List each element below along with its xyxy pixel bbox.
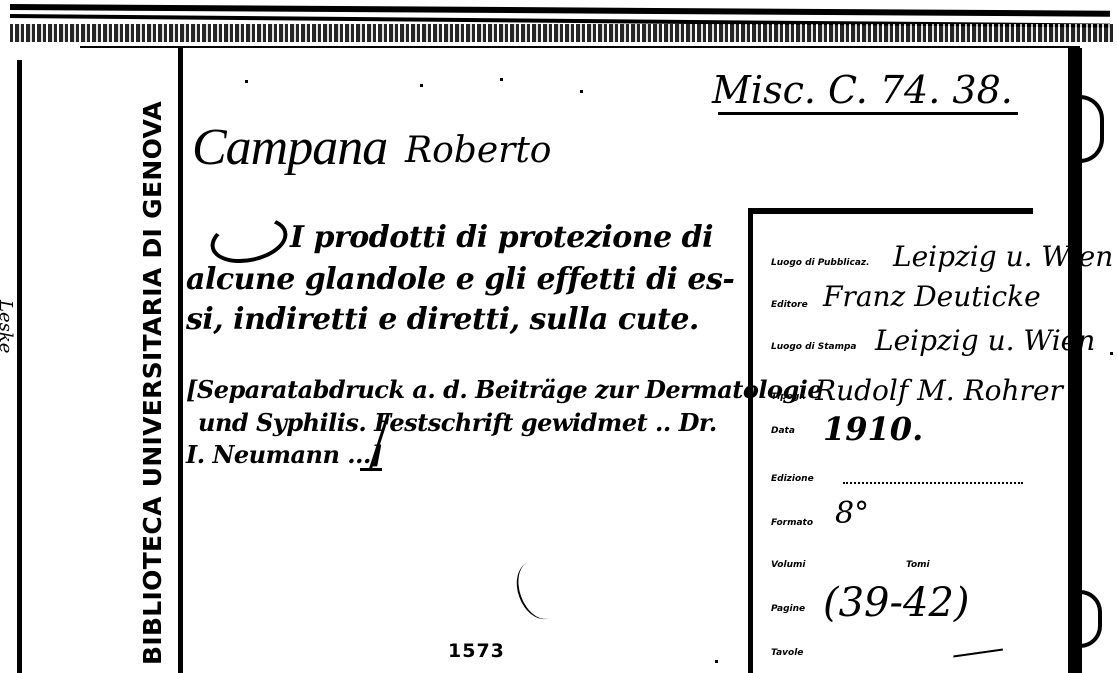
field-value-luogo-stampa: Leipzig u. Wien xyxy=(875,324,1095,357)
field-label-edizione: Edizione xyxy=(771,474,814,484)
field-label-formato: Formato xyxy=(771,518,813,528)
field-value-formato: 8° xyxy=(835,496,869,531)
scan-speck xyxy=(500,78,503,81)
field-value-data: 1910. xyxy=(823,410,923,448)
field-label-tipografia: Tipogr. xyxy=(771,392,806,402)
note-line: [Separatabdruck a. d. Beiträge zur Derma… xyxy=(186,375,822,404)
scan-speck xyxy=(715,660,718,663)
library-stamp: BIBLIOTECA UNIVERSITARIA DI GENOVA xyxy=(138,65,167,665)
note-line: I. Neumann ...] xyxy=(186,440,382,469)
card-left-border xyxy=(178,48,183,673)
field-value-tipografia: Rudolf M. Rohrer xyxy=(815,374,1063,407)
field-label-tomi: Tomi xyxy=(906,560,930,570)
field-label-volumi: Volumi xyxy=(771,560,805,570)
scan-speck xyxy=(420,84,423,87)
scan-top-edge xyxy=(0,0,1117,50)
inventory-number: 1573 xyxy=(448,640,505,662)
margin-note: Leske xyxy=(0,300,16,353)
closing-bracket xyxy=(360,468,382,471)
field-label-pagine: Pagine xyxy=(771,604,805,614)
field-label-tavole: Tavole xyxy=(771,648,803,658)
field-value-pagine: (39-42) xyxy=(823,580,970,626)
title-line: si, indiretti e diretti, sulla cute. xyxy=(186,302,699,337)
field-value-editore: Franz Deuticke xyxy=(823,280,1041,313)
field-label-data: Data xyxy=(771,426,795,436)
scan-left-edge xyxy=(17,60,22,673)
pencil-arc-mark xyxy=(509,555,569,626)
title-line: I prodotti di protezione di xyxy=(290,220,713,255)
scan-speck xyxy=(245,80,248,83)
title-line: alcune glandole e gli effetti di es- xyxy=(186,262,734,297)
catalog-info-box: Luogo di Pubblicaz. Leipzig u. Wien Edit… xyxy=(748,208,1033,673)
field-label-luogo-stampa: Luogo di Stampa xyxy=(771,342,857,352)
pen-mark xyxy=(953,647,1003,658)
note-line: und Syphilis. Festschrift gewidmet .. Dr… xyxy=(198,408,717,437)
field-label-luogo-pubblicazione: Luogo di Pubblicaz. xyxy=(771,258,870,268)
author-surname: Campana xyxy=(192,118,387,177)
field-label-editore: Editore xyxy=(771,300,808,310)
scan-speck xyxy=(580,90,583,93)
shelfmark-underline xyxy=(718,112,1018,115)
scan-speck xyxy=(1110,352,1113,355)
binding-ring xyxy=(1080,95,1104,163)
scan-edge-texture xyxy=(10,24,1115,42)
author-given-name: Roberto xyxy=(405,130,551,171)
scan-edge-line xyxy=(80,46,1080,48)
binding-ring xyxy=(1080,590,1102,648)
field-value-luogo-pubblicazione: Leipzig u. Wien xyxy=(893,240,1113,273)
shelfmark: Misc. C. 74. 38. xyxy=(712,68,1013,112)
blank-line xyxy=(843,480,1023,484)
flourish-decoration xyxy=(206,210,291,269)
